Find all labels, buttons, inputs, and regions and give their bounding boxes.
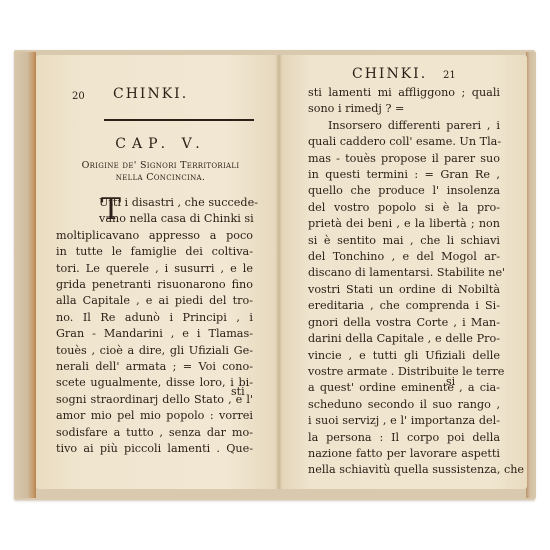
text-line: sti lamenti mi affliggono ; quali — [308, 85, 500, 101]
text-line: scete ugualmente, disse loro, i bi- — [56, 375, 253, 391]
text-line: no. Il Re adunò i Principi , i — [56, 310, 253, 326]
left-page-body: Utti i disastri , che succede- vano nell… — [56, 195, 253, 458]
right-page-number: 21 — [443, 70, 456, 81]
left-catchword: sti — [231, 385, 245, 398]
text-line: mas - touès propose il parer suo — [308, 151, 500, 167]
text-line: darini della Capitale , e delle Pro- — [308, 331, 500, 347]
text-line: i suoi servizj , e l' importanza del- — [308, 413, 500, 429]
left-page-number: 20 — [72, 91, 85, 102]
text-line: Insorsero differenti pareri , i — [328, 118, 500, 134]
text-line: nerali dell' armata ; = Voi cono- — [56, 359, 253, 375]
text-line: quali caddero coll' esame. Un Tla- — [308, 134, 500, 150]
chapter-title-line-1: Origine de' Signori Territoriali — [40, 160, 281, 171]
left-running-head: CHINKI. — [113, 86, 188, 102]
chapter-heading: CAP. V. — [40, 136, 281, 152]
text-line: moltiplicavano appresso a poco — [56, 228, 253, 244]
text-line: la persona : Il corpo poi della — [308, 430, 500, 446]
text-line: si è sentito mai , che li schiavi — [308, 233, 500, 249]
text-line: alla Capitale , e ai piedi del tro- — [56, 293, 253, 309]
text-line: in questi termini : = Gran Re , — [308, 167, 500, 183]
right-catchword: si — [446, 375, 455, 388]
text-line: nazione fatto per lavorare aspetti — [308, 446, 500, 462]
text-line: vano nella casa di Chinki si — [99, 211, 253, 227]
text-line: Gran - Mandarini , e i Tlamas- — [56, 326, 253, 342]
text-line: touès , cioè a dire, gli Ufiziali Ge- — [56, 343, 253, 359]
right-page-body: sti lamenti mi affliggono ; quali sono i… — [308, 85, 500, 479]
text-line: tivo ai più piccoli lamenti . Que- — [56, 441, 253, 457]
book-gutter — [276, 55, 282, 489]
text-line: Utti i disastri , che succede- — [99, 195, 253, 211]
text-line: gnori della vostra Corte , i Man- — [308, 315, 500, 331]
text-line: tori. Le querele , i susurri , e le — [56, 261, 253, 277]
text-line: sogni straordinarj dello Stato , e l' — [56, 392, 253, 408]
cover-right-edge — [526, 52, 536, 498]
text-line: prietà dei beni , e la libertà ; non — [308, 216, 500, 232]
text-line: grida penetranti risuonarono fino — [56, 277, 253, 293]
text-line: vostri Stati un ordine di Nobiltà — [308, 282, 500, 298]
text-line: del vostro popolo si è la pro- — [308, 200, 500, 216]
text-line: a quest' ordine eminente , a cia- — [308, 380, 500, 396]
text-line: del Tonchino , e del Mogol ar- — [308, 249, 500, 265]
text-line: amor mio pel mio popolo : vorrei — [56, 408, 253, 424]
right-running-head: CHINKI. — [352, 66, 427, 82]
text-line: quello che produce l' insolenza — [308, 183, 500, 199]
text-line: nella schiavitù quella sussistenza, che — [308, 462, 500, 478]
text-line: in tutte le famiglie dei coltiva- — [56, 244, 253, 260]
text-line: scheduno secondo il suo rango , — [308, 397, 500, 413]
chapter-title-line-2: nella Concincina. — [40, 172, 281, 183]
chapter-rule — [104, 119, 254, 121]
cover-left-edge — [14, 52, 36, 498]
text-line: vostre armate . Distribuite le terre — [308, 364, 500, 380]
text-line: sodisfare a tutto , senza dar mo- — [56, 425, 253, 441]
text-line: sono i rimedj ? = — [308, 101, 500, 117]
text-line: ereditaria , che comprenda i Si- — [308, 298, 500, 314]
text-line: discano di lamentarsi. Stabilite ne' — [308, 265, 500, 281]
text-line: vincie , e tutti gli Ufiziali delle — [308, 348, 500, 364]
